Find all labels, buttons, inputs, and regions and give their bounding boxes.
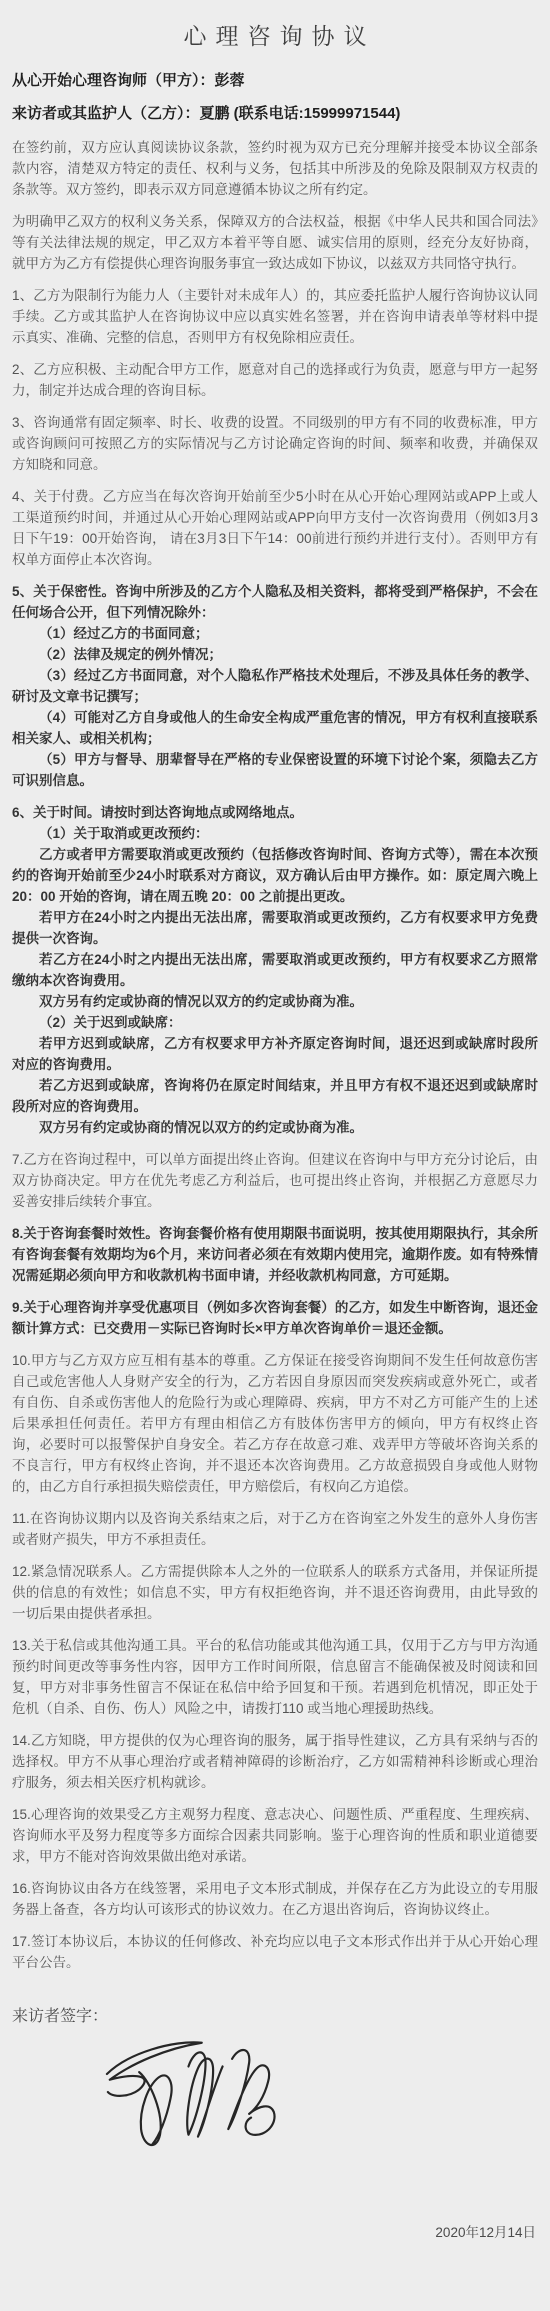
party-b-line: 来访者或其监护人（乙方）：夏鹏 (联系电话:15999971544) bbox=[12, 104, 538, 124]
clause-paragraph: 双方另有约定或协商的情况以双方的约定或协商为准。 bbox=[12, 991, 538, 1012]
clause-paragraph: 7.乙方在咨询过程中，可以单方面提出终止咨询。但建议在咨询中与甲方充分讨论后，由… bbox=[12, 1149, 538, 1212]
page-title: 心理咨询协议 bbox=[12, 18, 538, 51]
clause-paragraph: 若甲方迟到或缺席，乙方有权要求甲方补齐原定咨询时间，退还迟到或缺席时段所对应的咨… bbox=[12, 1033, 538, 1075]
clause-paragraph: 乙方或者甲方需要取消或更改预约（包括修改咨询时间、咨询方式等），需在本次预约的咨… bbox=[12, 844, 538, 907]
clause-paragraph: 11.在咨询协议期内以及咨询关系结束之后，对于乙方在咨询室之外发生的意外人身伤害… bbox=[12, 1508, 538, 1550]
clause-paragraph: 14.乙方知晓，甲方提供的仅为心理咨询的服务，属于指导性建议，乙方具有采纳与否的… bbox=[12, 1730, 538, 1793]
clause-paragraph: 16.咨询协议由各方在线签署，采用电子文本形式制成，并保存在乙方为此设立的专用服… bbox=[12, 1878, 538, 1920]
signature-scribble bbox=[92, 2038, 302, 2166]
clause-paragraph: 双方另有约定或协商的情况以双方的约定或协商为准。 bbox=[12, 1117, 538, 1138]
clause-paragraph: 若乙方迟到或缺席，咨询将仍在原定时间结束，并且甲方有权不退还迟到或缺席时段所对应… bbox=[12, 1075, 538, 1117]
clause-paragraph: 4、关于付费。乙方应当在每次咨询开始前至少5小时在从心开始心理网站或APP上或人… bbox=[12, 486, 538, 570]
clause-paragraph: 为明确甲乙双方的权利义务关系，保障双方的合法权益，根据《中华人民共和国合同法》等… bbox=[12, 211, 538, 274]
clause-paragraph: （2）法律及规定的例外情况； bbox=[12, 644, 538, 665]
clause-paragraph: 1、乙方为限制行为能力人（主要针对未成年人）的，其应委托监护人履行咨询协议认同手… bbox=[12, 285, 538, 348]
clause-paragraph: （3）经过乙方书面同意，对个人隐私作严格技术处理后，不涉及具体任务的教学、研讨及… bbox=[12, 665, 538, 707]
clause-paragraph: 3、咨询通常有固定频率、时长、收费的设置。不同级别的甲方有不同的收费标准，甲方或… bbox=[12, 412, 538, 475]
clauses-container: 在签约前，双方应认真阅读协议条款，签约时视为双方已充分理解并接受本协议全部条款内… bbox=[12, 137, 538, 1973]
clause-paragraph: （5）甲方与督导、朋辈督导在严格的专业保密设置的环境下讨论个案，须隐去乙方可识别… bbox=[12, 749, 538, 791]
agreement-document: 心理咨询协议 从心开始心理咨询师（甲方）：彭蓉 来访者或其监护人（乙方）：夏鹏 … bbox=[0, 0, 550, 2311]
clause-paragraph: 13.关于私信或其他沟通工具。平台的私信功能或其他沟通工具，仅用于乙方与甲方沟通… bbox=[12, 1635, 538, 1719]
clause-paragraph: 17.签订本协议后，本协议的任何修改、补充均应以电子文本形式作出并于从心开始心理… bbox=[12, 1931, 538, 1973]
clause-paragraph: （1）关于取消或更改预约： bbox=[12, 823, 538, 844]
clause-paragraph: 12.紧急情况联系人。乙方需提供除本人之外的一位联系人的联系方式备用，并保证所提… bbox=[12, 1561, 538, 1624]
clause-paragraph: 9.关于心理咨询并享受优惠项目（例如多次咨询套餐）的乙方，如发生中断咨询，退还金… bbox=[12, 1297, 538, 1339]
clause-paragraph: 若乙方在24小时之内提出无法出席，需要取消或更改预约，甲方有权要求乙方照常缴纳本… bbox=[12, 949, 538, 991]
clause-paragraph: 10.甲方与乙方双方应互相有基本的尊重。乙方保证在接受咨询期间不发生任何故意伤害… bbox=[12, 1350, 538, 1497]
clause-paragraph: 6、关于时间。请按时到达咨询地点或网络地点。 bbox=[12, 802, 538, 823]
clause-paragraph: （1）经过乙方的书面同意； bbox=[12, 623, 538, 644]
clause-paragraph: 8.关于咨询套餐时效性。咨询套餐价格有使用期限书面说明，按其使用期限执行，其余所… bbox=[12, 1223, 538, 1286]
clause-paragraph: 若甲方在24小时之内提出无法出席，需要取消或更改预约，乙方有权要求甲方免费提供一… bbox=[12, 907, 538, 949]
clause-paragraph: 15.心理咨询的效果受乙方主观努力程度、意志决心、问题性质、严重程度、生理疾病、… bbox=[12, 1804, 538, 1867]
signature-image bbox=[92, 2038, 302, 2166]
clause-paragraph: 5、关于保密性。咨询中所涉及的乙方个人隐私及相关资料，都将受到严格保护，不会在任… bbox=[12, 581, 538, 623]
signature-label: 来访者签字： bbox=[12, 2003, 538, 2026]
clause-paragraph: （2）关于迟到或缺席： bbox=[12, 1012, 538, 1033]
signature-date: 2020年12月14日 bbox=[12, 2221, 536, 2241]
party-a-line: 从心开始心理咨询师（甲方）：彭蓉 bbox=[12, 71, 538, 91]
clause-paragraph: 在签约前，双方应认真阅读协议条款，签约时视为双方已充分理解并接受本协议全部条款内… bbox=[12, 137, 538, 200]
clause-paragraph: （4）可能对乙方自身或他人的生命安全构成严重危害的情况，甲方有权利直接联系相关家… bbox=[12, 707, 538, 749]
clause-paragraph: 2、乙方应积极、主动配合甲方工作，愿意对自己的选择或行为负责，愿意与甲方一起努力… bbox=[12, 359, 538, 401]
